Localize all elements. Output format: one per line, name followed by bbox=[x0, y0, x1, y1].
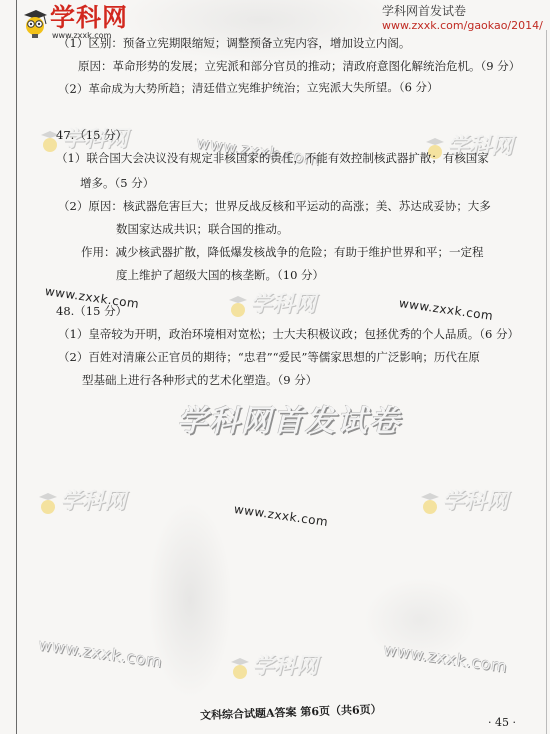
header-right: 学科网首发试卷 www.zxxk.com/gaokao/2014/ bbox=[382, 4, 543, 33]
watermark-logo: 学科网 bbox=[420, 490, 510, 524]
q47-part2-line2: 数国家达成共识；联合国的推动。 bbox=[116, 222, 289, 236]
mascot-icon bbox=[420, 492, 440, 518]
watermark-url: www.zxxk.com bbox=[382, 640, 508, 676]
watermark-logo-text: 学科网 bbox=[250, 293, 316, 317]
q47-part1-line1: （1）联合国大会决议没有规定非核国家的责任，不能有效控制核武器扩散；有核国家 bbox=[56, 151, 489, 165]
page-right-border bbox=[546, 30, 547, 734]
watermark-logo-text: 学科网 bbox=[252, 655, 318, 679]
page-footer-title: 文科综合试题A答案 第6页（共6页） bbox=[200, 701, 382, 723]
page-left-border bbox=[16, 0, 17, 734]
q46-part1-reason: 原因：革命形势的发展；立宪派和部分官员的推动；清政府意图化解统治危机。（9 分） bbox=[78, 59, 520, 73]
watermark-url: www.zxxk.com bbox=[233, 502, 329, 529]
page-number: · 45 · bbox=[488, 716, 516, 729]
q46-part2: （2）革命成为大势所趋；清廷借立宪维护统治；立宪派大失所望。（6 分） bbox=[58, 80, 439, 96]
q48-part1: （1）皇帝较为开明，政治环境相对宽松；士大夫积极议政；包拯优秀的个人品质。（6 … bbox=[58, 327, 519, 341]
q47-effect-line1: 作用：减少核武器扩散，降低爆发核战争的危险；有助于维护世界和平；一定程 bbox=[81, 245, 484, 259]
q47-heading: 47.（15 分） bbox=[56, 128, 127, 142]
header-url-link[interactable]: www.zxxk.com/gaokao/2014/ bbox=[382, 19, 543, 33]
watermark-logo-text: 学科网 bbox=[60, 490, 126, 514]
q47-part1-line2: 增多。（5 分） bbox=[80, 176, 154, 190]
watermark-big-title: 学科网首发试卷 bbox=[177, 396, 401, 440]
watermark-logo: 学科网 bbox=[228, 293, 318, 327]
watermark-logo: 学科网 bbox=[230, 655, 320, 689]
mascot-icon bbox=[228, 295, 248, 321]
watermark-logo-text: 学科网 bbox=[442, 490, 508, 514]
q48-part2-line1: （2）百姓对清廉公正官员的期待；“忠君”“爱民”等儒家思想的广泛影响；历代在原 bbox=[58, 350, 480, 364]
watermark-logo: 学科网 bbox=[38, 490, 128, 524]
logo-text: 学科网 bbox=[50, 4, 128, 32]
exam-answer-page: 学科网 www.zxxk.com 学科网首发试卷 www.zxxk.com/ga… bbox=[0, 0, 550, 734]
q48-heading: 48.（15 分） bbox=[56, 304, 127, 318]
q46-part1: （1）区别：预备立宪期限缩短；调整预备立宪内容，增加设立内阁。 bbox=[58, 36, 410, 50]
q47-effect-line2: 度上维护了超级大国的核垄断。（10 分） bbox=[116, 268, 324, 282]
mascot-icon bbox=[230, 657, 250, 683]
mascot-icon bbox=[38, 492, 58, 518]
watermark-url: www.zxxk.com bbox=[37, 635, 163, 671]
header-title: 学科网首发试卷 bbox=[382, 4, 543, 19]
mascot-graduation-cap-icon bbox=[22, 9, 48, 39]
q47-part2-line1: （2）原因：核武器危害巨大；世界反战反核和平运动的高涨；美、苏达成妥协；大多 bbox=[58, 199, 491, 213]
watermark-url: www.zxxk.com bbox=[398, 296, 494, 323]
q48-part2-line2: 型基础上进行各种形式的艺术化塑造。（9 分） bbox=[82, 373, 317, 387]
